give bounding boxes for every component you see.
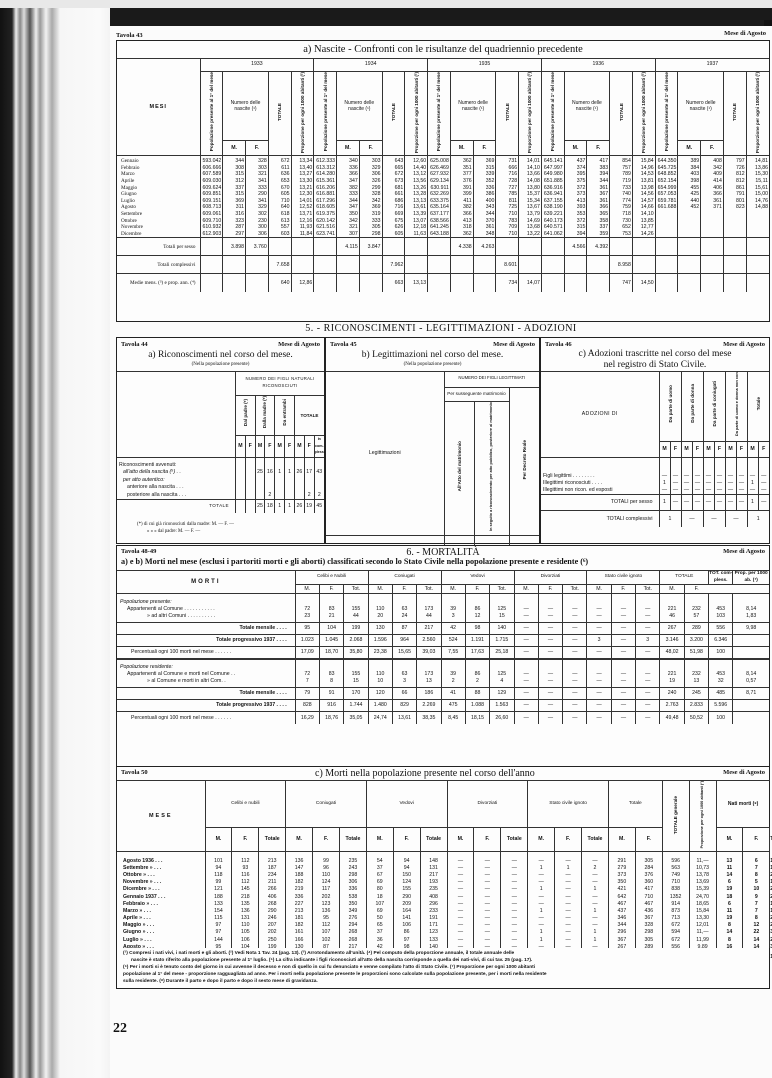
- cell: [314, 484, 324, 492]
- cell: 341: [246, 178, 269, 185]
- cell: 101: [205, 851, 232, 864]
- cell: 376: [635, 872, 662, 879]
- col-m: M.: [678, 140, 701, 156]
- month-label: Maggio: [117, 185, 200, 192]
- cell: 110: [368, 606, 392, 613]
- cell: —: [611, 623, 635, 635]
- group-header: Stato civile ignoto: [587, 571, 660, 585]
- group-header: Vedovi: [441, 571, 514, 585]
- cell: 672: [662, 936, 689, 943]
- cell: 7: [743, 900, 770, 907]
- sub-header: Totale: [420, 828, 447, 852]
- cell: 361: [701, 198, 724, 205]
- cell: 19: [304, 499, 314, 513]
- cell: [265, 484, 275, 492]
- sub-header: M.: [514, 585, 538, 594]
- cell: 400: [473, 198, 496, 205]
- month-label: Maggio » . . .: [117, 922, 205, 929]
- cell: 337: [223, 185, 246, 192]
- sub-header: M.: [366, 828, 393, 852]
- cell: 13,13: [405, 198, 428, 205]
- cell: 731: [496, 156, 519, 165]
- cell: 95: [313, 915, 340, 922]
- cell: 141: [393, 915, 420, 922]
- col-mf: M: [747, 442, 758, 458]
- table-row: Marzo » . . .15413629021313634969164233—…: [117, 908, 770, 915]
- cell: —: [563, 688, 587, 700]
- cell: 640.571: [541, 224, 564, 231]
- cell: 367: [587, 191, 610, 198]
- col-atto-matrimonio: All'Atto del matrimonio: [457, 441, 462, 491]
- cell: 14: [743, 936, 770, 943]
- cell: 672: [382, 171, 405, 178]
- cell: —: [501, 936, 528, 943]
- cell: 13: [417, 678, 441, 688]
- cell: 789: [610, 171, 633, 178]
- cell: 14,81: [746, 156, 769, 165]
- cell: 1: [659, 511, 681, 527]
- sub-header: Totale: [339, 828, 366, 852]
- cell: 13,78: [689, 872, 716, 879]
- cell: 594: [662, 929, 689, 936]
- cell: 648.852: [655, 171, 678, 178]
- cell: 45: [314, 499, 324, 513]
- cell: —: [725, 495, 736, 511]
- cell: —: [681, 458, 692, 480]
- col-uomo-donna: Da parte di uomo e donna non con.: [734, 371, 739, 436]
- cell: 467: [635, 900, 662, 907]
- col-decreto-reale: Per Decreto Reale: [522, 440, 527, 479]
- scan-top-margin: [0, 0, 772, 8]
- cell: 43: [314, 469, 324, 477]
- cell: 661: [382, 191, 405, 198]
- cell: 110: [368, 671, 392, 678]
- cell: [746, 224, 769, 231]
- group-header: Stato civile ignoto: [528, 781, 609, 828]
- cell: 51,98: [684, 647, 708, 659]
- cell: 636.916: [541, 185, 564, 192]
- cell: 344: [473, 211, 496, 218]
- cell: 44: [344, 613, 368, 623]
- cell: 13,30: [689, 915, 716, 922]
- cell: [723, 231, 746, 238]
- cell: 103: [709, 613, 733, 623]
- cell: 18: [716, 893, 743, 900]
- cell: 352: [473, 178, 496, 185]
- cell: 144: [205, 936, 232, 943]
- cell: 305: [635, 851, 662, 864]
- col-atto-pubblico: In seguito a riconoscimento per atto pub…: [489, 402, 494, 531]
- cell: 361: [587, 198, 610, 205]
- cell: 7: [743, 864, 770, 871]
- cell: 14,96: [632, 165, 655, 172]
- cell: —: [474, 879, 501, 886]
- col-f: F.: [473, 140, 496, 156]
- cell: —: [555, 872, 582, 879]
- cell: 191: [420, 915, 447, 922]
- cell: 351: [450, 165, 473, 172]
- cell: 670: [268, 185, 291, 192]
- cell: —: [587, 613, 611, 623]
- cell: 627.932: [428, 171, 451, 178]
- cell: —: [514, 647, 538, 659]
- cell: 186: [417, 688, 441, 700]
- cell: [255, 457, 265, 469]
- totale-row: TOTALE251811261945: [117, 499, 324, 513]
- cell: —: [611, 688, 635, 700]
- cell: 2.068: [344, 635, 368, 647]
- cell: 644.350: [655, 156, 678, 165]
- cell: —: [692, 458, 703, 480]
- cell: 823: [723, 204, 746, 211]
- cell: 106: [393, 922, 420, 929]
- group-header: TOTALE: [660, 571, 709, 585]
- col-mf: M: [255, 435, 265, 457]
- cell: 300: [246, 224, 269, 231]
- cell: —: [474, 922, 501, 929]
- cell: 13,22: [519, 231, 542, 238]
- cell: 234: [259, 872, 286, 879]
- cell: 39: [441, 671, 465, 678]
- cell: 18,76: [319, 712, 343, 724]
- cell: 136: [313, 908, 340, 915]
- cell: 373: [608, 872, 635, 879]
- sub-header: M.: [441, 585, 465, 594]
- cell: 2: [441, 678, 465, 688]
- cell: 636.941: [541, 191, 564, 198]
- cell: —: [703, 511, 725, 527]
- cell: 1,83: [733, 613, 769, 623]
- col-proporzione-label: Proporzione per ogni 1000 abitanti (²): [300, 72, 305, 153]
- tavola-44-subtitle: (Nella popolazione presente): [117, 362, 324, 367]
- cell: 1: [747, 495, 758, 511]
- cell: 608.713: [200, 204, 223, 211]
- cell: 964: [392, 635, 416, 647]
- cell: 315: [223, 171, 246, 178]
- cell: 120: [368, 688, 392, 700]
- cell: 323: [223, 218, 246, 225]
- row-label: Totale mensile . . . .: [117, 688, 295, 700]
- cell: 637.177: [428, 211, 451, 218]
- tavola-45-label: Tavola 45: [330, 341, 357, 348]
- year-1933: 1933: [200, 59, 314, 71]
- cell: 408: [701, 156, 724, 165]
- cell: 13,39: [405, 211, 428, 218]
- cell: —: [501, 900, 528, 907]
- cell: 105: [232, 929, 259, 936]
- cell: 455: [678, 185, 701, 192]
- cell: 618: [268, 211, 291, 218]
- sub-header: M.: [447, 828, 474, 852]
- cell: 716: [496, 171, 519, 178]
- cell: 173: [417, 671, 441, 678]
- cell: 14,56: [632, 191, 655, 198]
- cell: 308: [223, 165, 246, 172]
- cell: 386: [473, 191, 496, 198]
- cell: [655, 231, 678, 238]
- col-popolazione-label: Popolazione presente al 1° del mese: [323, 72, 328, 151]
- cell: —: [636, 700, 660, 712]
- col-mf: M: [725, 442, 736, 458]
- cell: 14,01: [519, 156, 542, 165]
- cell: 467: [608, 900, 635, 907]
- cell: 333: [246, 185, 269, 192]
- cell: 408: [420, 893, 447, 900]
- cell: 268: [339, 936, 366, 943]
- cell: 136: [232, 908, 259, 915]
- cell: 124: [393, 879, 420, 886]
- cell: —: [611, 647, 635, 659]
- footnote-line-1: (¹) Compresi i nati vivi, i nati morti e…: [123, 951, 514, 957]
- cell: 14,66: [632, 204, 655, 211]
- cell: [304, 477, 314, 485]
- table-row: Dicembre » . . .121145266219117336801552…: [117, 886, 770, 893]
- cell: 641.245: [428, 224, 451, 231]
- cell: —: [582, 851, 609, 864]
- cell: 12,01: [689, 922, 716, 929]
- cell: 100: [709, 712, 733, 724]
- sub-header: Totale: [259, 828, 286, 852]
- cell: 621.516: [314, 224, 337, 231]
- totali-sesso-row: TOTALI per sesso1———————1—: [541, 495, 769, 511]
- cell: —: [555, 922, 582, 929]
- cell: —: [514, 671, 538, 678]
- cell: 645.725: [655, 165, 678, 172]
- cell: 1: [747, 511, 769, 527]
- cell: 1.480: [368, 700, 392, 712]
- cell: 202: [313, 893, 340, 900]
- cell: [723, 211, 746, 218]
- group-header: Coniugati: [368, 571, 441, 585]
- cell: 605: [268, 191, 291, 198]
- cell: —: [514, 623, 538, 635]
- cell: —: [563, 647, 587, 659]
- cell: 666: [496, 165, 519, 172]
- cell: 6: [743, 851, 770, 864]
- cell: 1: [528, 886, 555, 893]
- cell: 12,16: [291, 218, 314, 225]
- cell: 72: [295, 671, 319, 678]
- cell: —: [587, 688, 611, 700]
- cell: [701, 211, 724, 218]
- cell: —: [474, 915, 501, 922]
- cell: 341: [246, 198, 269, 205]
- group-header: Celibi e nubili: [205, 781, 286, 828]
- cell: 289: [684, 623, 708, 635]
- sub-header: F.: [635, 828, 662, 852]
- cell: 279: [608, 864, 635, 871]
- cell: 305: [635, 936, 662, 943]
- sub-header: F.: [465, 585, 489, 594]
- cell: 321: [337, 224, 360, 231]
- residente-header: Popolazione residente:: [117, 659, 769, 671]
- cell: 1: [285, 469, 295, 477]
- row-label: Popolazione residente:: [117, 659, 295, 671]
- col-popolazione-label: Popolazione presente al 1° del mese: [550, 72, 555, 151]
- totali-complessivi-row-label: Totali complessivi: [117, 256, 200, 274]
- cell: 35,80: [344, 647, 368, 659]
- col-numero-nascite: Numero delle nascite (¹): [337, 71, 383, 140]
- cell: 8.958: [610, 256, 633, 274]
- row-label: Popolazione presente:: [117, 594, 295, 606]
- cell: 609.710: [200, 218, 223, 225]
- cell: 112: [232, 879, 259, 886]
- cell: [285, 492, 295, 500]
- cell: 121: [205, 886, 232, 893]
- cell: —: [736, 480, 747, 488]
- cell: —: [447, 915, 474, 922]
- cell: —: [736, 458, 747, 480]
- cell: 7: [743, 908, 770, 915]
- table-row: Appartenenti al Comune e morti nel Comun…: [117, 671, 769, 678]
- tavola-46-title-2: nel registro di Stato Civile.: [541, 360, 769, 370]
- cell: —: [563, 700, 587, 712]
- cell: —: [501, 872, 528, 879]
- cell: 107: [313, 929, 340, 936]
- month-label: Ottobre: [117, 218, 200, 225]
- cell: 202: [259, 929, 286, 936]
- cell: —: [528, 851, 555, 864]
- cell: —: [636, 647, 660, 659]
- col-totale-label: TOTALE: [277, 103, 282, 121]
- cell: —: [447, 900, 474, 907]
- month-label-top: Mese di Agosto: [724, 30, 766, 37]
- cell: 7.658: [268, 256, 291, 274]
- col-mf: F: [285, 435, 295, 457]
- cell: 344: [587, 178, 610, 185]
- cell: [294, 457, 304, 469]
- tavola-45-month: Mese di Agosto: [493, 341, 535, 348]
- tavola-44-recognitions: Tavola 44 Mese di Agosto a) Riconoscimen…: [116, 337, 325, 544]
- cell: 299: [359, 185, 382, 192]
- cell: 612.903: [200, 231, 223, 238]
- cell: 15,84: [689, 908, 716, 915]
- sub-header: M.: [716, 828, 743, 852]
- totale-mensile-row: Totale mensile . . . .951041991308721742…: [117, 623, 769, 635]
- cell: 635.164: [428, 204, 451, 211]
- group-nati-morti: Nati morti (⁸): [716, 781, 770, 828]
- cell: 232: [684, 606, 708, 613]
- cell: —: [474, 929, 501, 936]
- cell: 394: [587, 171, 610, 178]
- cell: —: [528, 893, 555, 900]
- cell: 1: [747, 480, 758, 488]
- cell: 747: [610, 274, 633, 292]
- cell: 342: [701, 165, 724, 172]
- cell: 86: [465, 606, 489, 613]
- cell: 17,63: [465, 647, 489, 659]
- cell: 219: [286, 886, 313, 893]
- row-label: per atto autentico:: [117, 477, 235, 485]
- cell: 87: [392, 623, 416, 635]
- cell: 26: [294, 469, 304, 477]
- sub-header: F.: [232, 828, 259, 852]
- col-m: M.: [337, 140, 360, 156]
- cell: 13,69: [689, 879, 716, 886]
- totale-mensile-row: Totale mensile . . . .799117012066186418…: [117, 688, 769, 700]
- cell: 13,34: [291, 156, 314, 165]
- cell: 14,57: [632, 198, 655, 205]
- cell: 13,27: [291, 171, 314, 178]
- cell: 12,60: [405, 156, 428, 165]
- cell: —: [447, 893, 474, 900]
- group-header: Coniugati: [286, 781, 367, 828]
- cell: —: [538, 678, 562, 688]
- cell: 1: [582, 936, 609, 943]
- cell: —: [611, 700, 635, 712]
- cell: 369: [223, 198, 246, 205]
- cell: 425: [678, 191, 701, 198]
- cell: 1.191: [465, 635, 489, 647]
- cell: 11,—: [689, 929, 716, 936]
- cell: 110: [313, 872, 340, 879]
- cell: [655, 218, 678, 225]
- cell: 413: [564, 198, 587, 205]
- cell: 649.980: [541, 171, 564, 178]
- cell: 6.346: [709, 635, 733, 647]
- month-label: Febbraio » . . .: [117, 900, 205, 907]
- cell: 20: [368, 613, 392, 623]
- cell: 393: [564, 204, 587, 211]
- cell: 403: [678, 171, 701, 178]
- cell: 124: [313, 879, 340, 886]
- cell: 377: [450, 171, 473, 178]
- cell: 140: [490, 623, 514, 635]
- cell: 13,67: [519, 204, 542, 211]
- cell: 4.115: [337, 238, 360, 256]
- cell: 321: [246, 171, 269, 178]
- cell: 686: [382, 198, 405, 205]
- births-comparison-table: MESI 1933 1934 1935 1936 1937 Popolazion…: [117, 59, 769, 292]
- tavola-43-births-table: a) Nascite - Confronti con le risultanze…: [116, 40, 770, 322]
- cell: 6: [716, 900, 743, 907]
- col-totale-generale-label: TOTALE generale: [673, 796, 678, 834]
- cell: [304, 484, 314, 492]
- cell: 66: [392, 688, 416, 700]
- cell: [245, 499, 255, 513]
- cell: 112: [232, 851, 259, 864]
- cell: 801: [723, 198, 746, 205]
- sub-header: M.: [528, 828, 555, 852]
- sub-header: F.: [555, 828, 582, 852]
- cell: 32: [709, 678, 733, 688]
- sub-header: F.: [474, 828, 501, 852]
- month-label: Novembre: [117, 224, 200, 231]
- cell: 753: [610, 231, 633, 238]
- cell: [678, 211, 701, 218]
- cell: 21: [319, 613, 343, 623]
- cell: —: [670, 480, 681, 488]
- cell: [235, 499, 245, 513]
- row-label: » ad altri Comuni . . . . . . . . . .: [117, 613, 295, 623]
- cell: 209: [393, 900, 420, 907]
- cell: 8: [716, 922, 743, 929]
- totale-label: TOTALE: [117, 499, 235, 513]
- cell: 619.375: [314, 211, 337, 218]
- cell: 150: [393, 872, 420, 879]
- col-totale-label: TOTALE: [391, 103, 396, 121]
- cell: 421: [608, 886, 635, 893]
- cell: 14: [716, 929, 743, 936]
- cell: 245: [684, 688, 708, 700]
- cell: —: [587, 647, 611, 659]
- table-row: Giugno609.85131529060512,30616.881333328…: [117, 191, 769, 198]
- row-label: Percentuali ogni 100 morti nel mese . . …: [117, 647, 295, 659]
- cell: 647.997: [541, 165, 564, 172]
- sub-header: Tot.: [344, 585, 368, 594]
- cell: —: [538, 606, 562, 613]
- cell: 1.045: [319, 635, 343, 647]
